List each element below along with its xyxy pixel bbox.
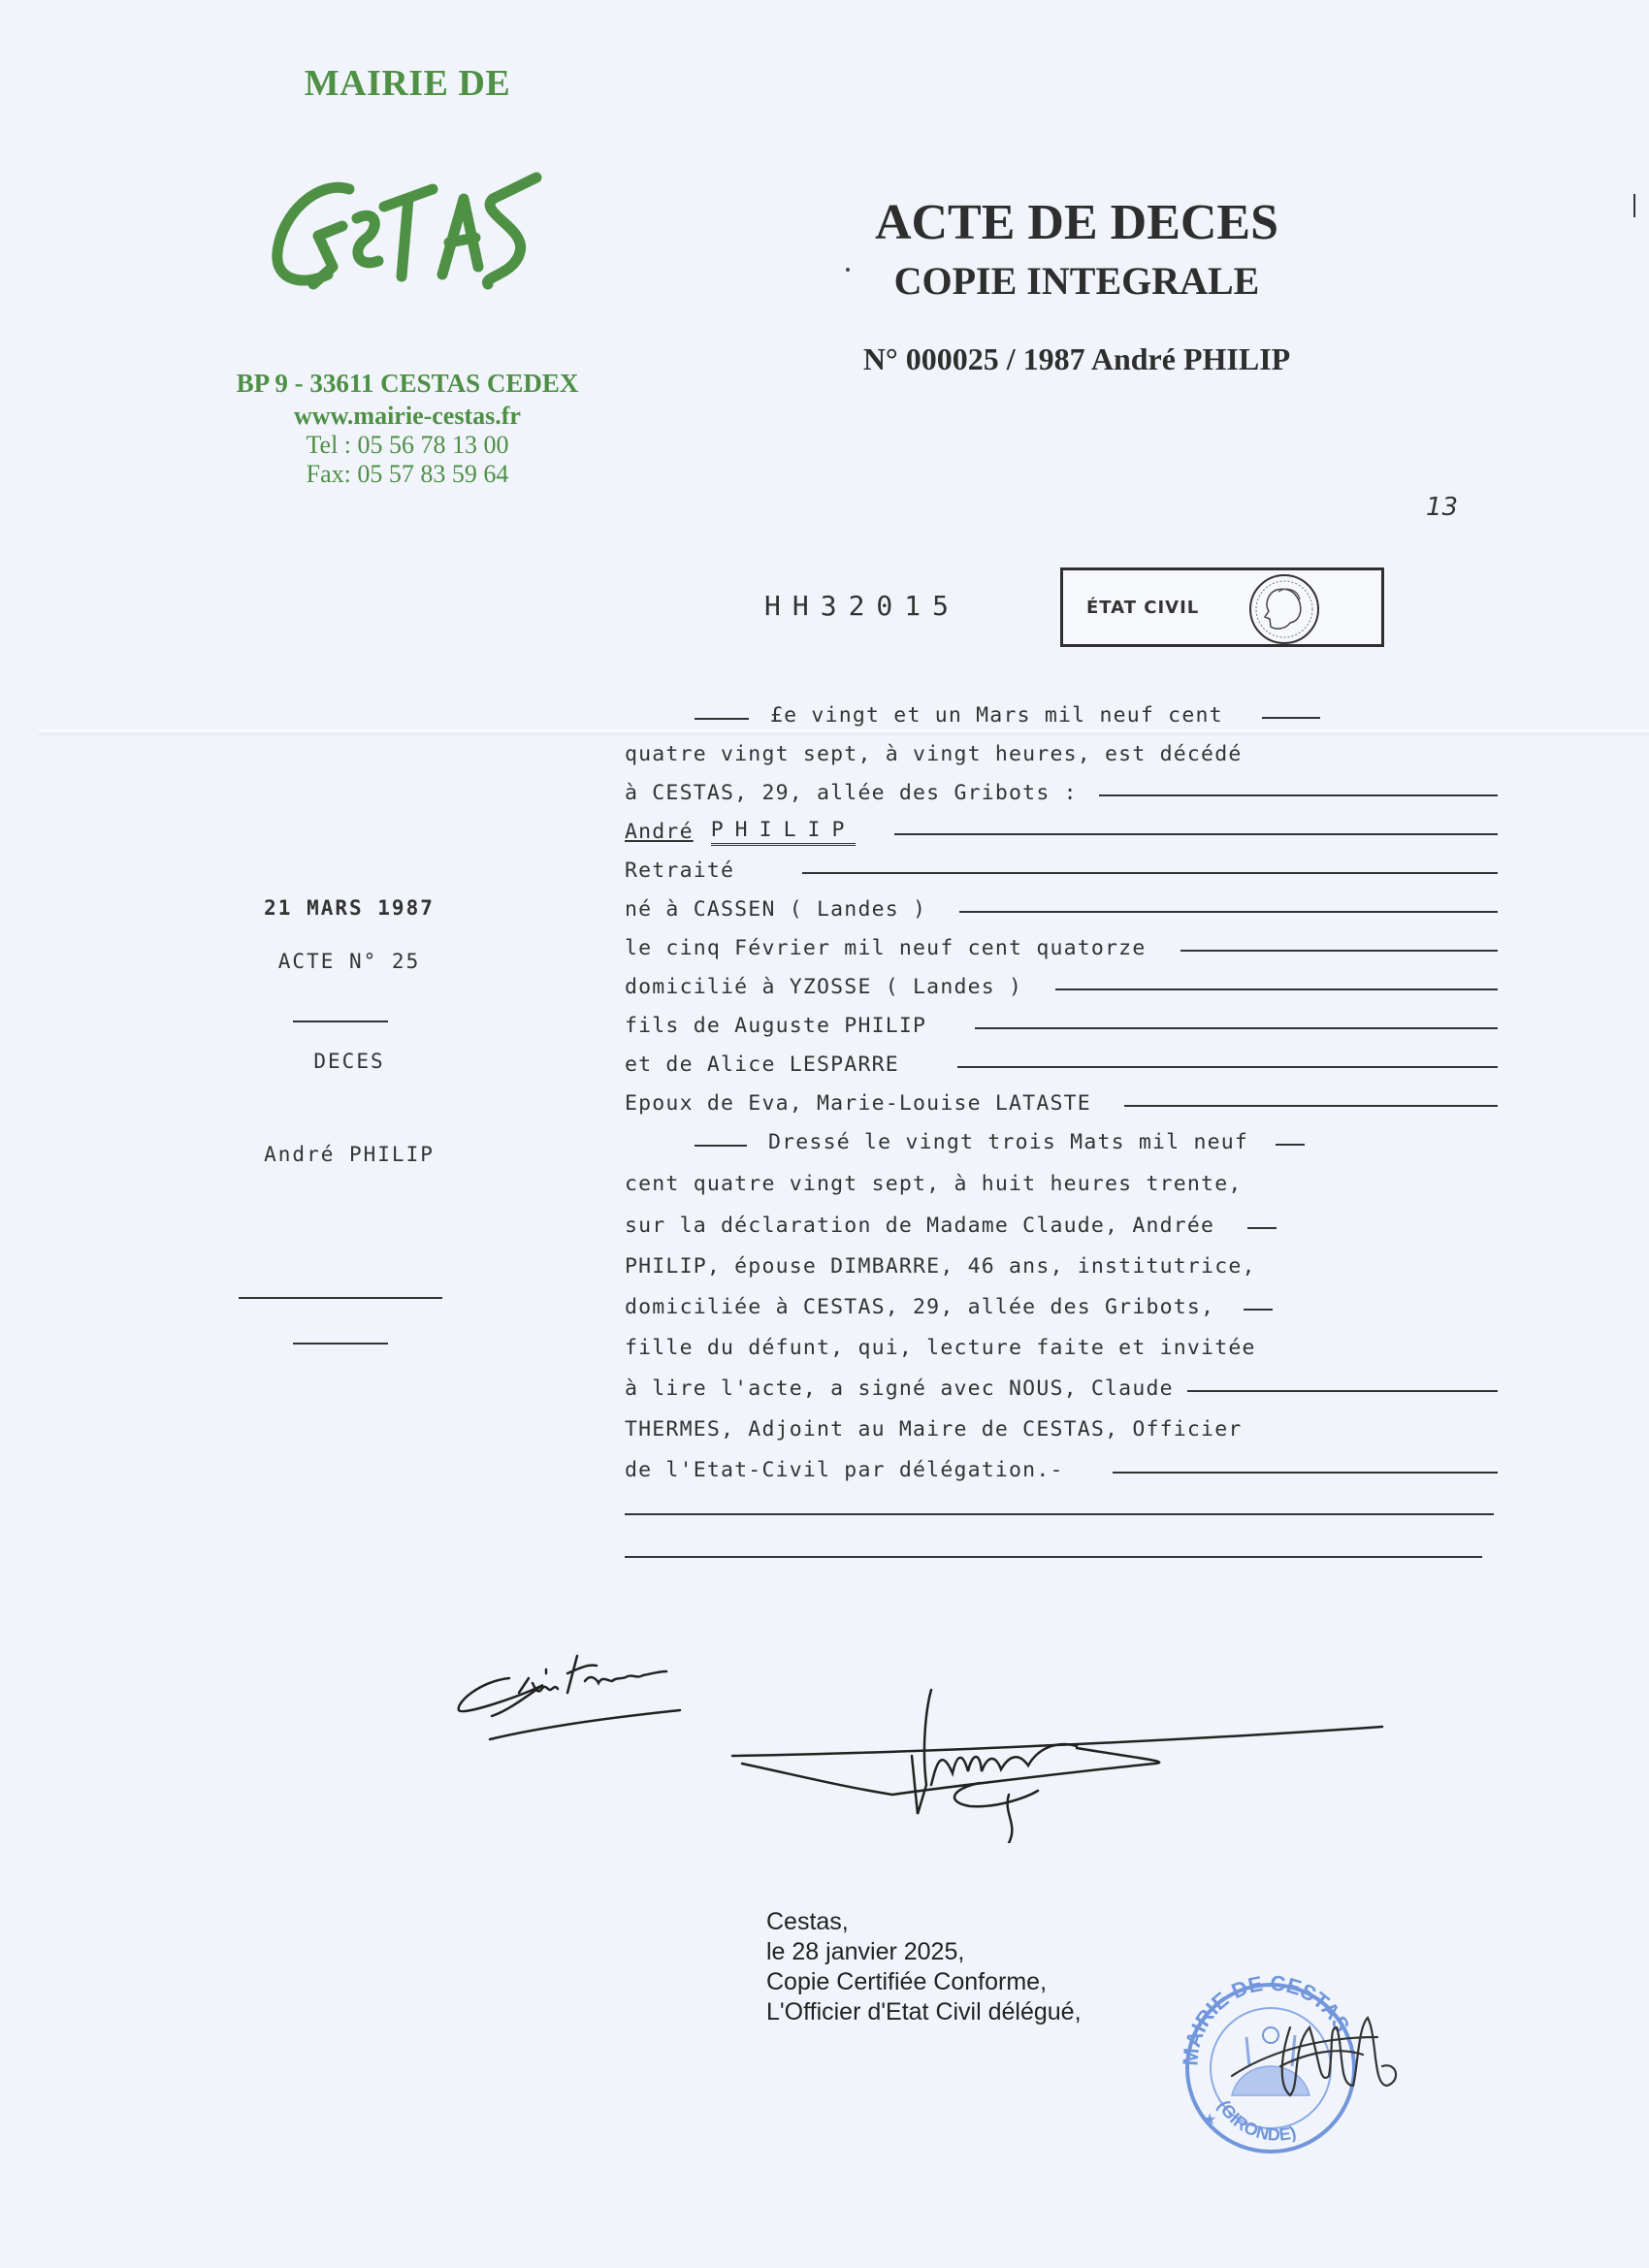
serial-number: HH32015 bbox=[764, 590, 960, 622]
body-line: £e vingt et un Mars mil neuf cent bbox=[625, 700, 1498, 729]
body-line: cent quatre vingt sept, à huit heures tr… bbox=[625, 1169, 1498, 1198]
divider bbox=[293, 1021, 388, 1022]
body-line: né à CASSEN ( Landes ) bbox=[625, 894, 1498, 923]
svg-text:★: ★ bbox=[1203, 2112, 1216, 2128]
body-line: Epoux de Eva, Marie-Louise LATASTE bbox=[625, 1088, 1498, 1118]
cert-place: Cestas, bbox=[766, 1907, 1082, 1937]
body-line: THERMES, Adjoint au Maire de CESTAS, Off… bbox=[625, 1414, 1498, 1443]
body-line: Dressé le vingt trois Mats mil neuf bbox=[625, 1127, 1498, 1156]
marianne-medallion-icon bbox=[1238, 572, 1331, 646]
document-subtitle: COPIE INTEGRALE bbox=[0, 258, 1649, 304]
certification-block: Cestas, le 28 janvier 2025, Copie Certif… bbox=[766, 1907, 1082, 2027]
margin-acte-number: ACTE N° 25 bbox=[233, 950, 466, 973]
margin-type: DECES bbox=[233, 1050, 466, 1073]
declarant-signature-icon bbox=[451, 1635, 761, 1741]
officer-signature-icon bbox=[727, 1688, 1387, 1843]
body-line: et de Alice LESPARRE bbox=[625, 1050, 1498, 1079]
body-line: de l'Etat-Civil par délégation.- bbox=[625, 1455, 1498, 1484]
body-line: à lire l'acte, a signé avec NOUS, Claude bbox=[625, 1374, 1498, 1403]
cert-date: le 28 janvier 2025, bbox=[766, 1937, 1082, 1967]
issuer-heading: MAIRIE DE bbox=[0, 62, 815, 105]
body-line: domicilié à YZOSSE ( Landes ) bbox=[625, 972, 1498, 1001]
margin-name: André PHILIP bbox=[233, 1143, 466, 1166]
cert-statement: Copie Certifiée Conforme, bbox=[766, 1967, 1082, 1997]
page-mark: 13 bbox=[1426, 493, 1458, 522]
margin-date: 21 MARS 1987 bbox=[233, 896, 466, 920]
closing-rule bbox=[625, 1556, 1482, 1558]
deceased-name-line: André PHILIP bbox=[625, 817, 1498, 846]
body-line: domiciliée à CESTAS, 29, allée des Gribo… bbox=[625, 1292, 1498, 1321]
body-line: Retraité bbox=[625, 856, 1498, 885]
closing-rule bbox=[625, 1513, 1494, 1515]
edge-mark bbox=[1633, 194, 1635, 217]
document-title: ACTE DE DECES bbox=[0, 194, 1649, 251]
body-line: sur la déclaration de Madame Claude, And… bbox=[625, 1211, 1498, 1240]
document-number: N° 000025 / 1987 André PHILIP bbox=[0, 341, 1649, 377]
stamp-label: ÉTAT CIVIL bbox=[1086, 598, 1199, 618]
body-line: PHILIP, épouse DIMBARRE, 46 ans, institu… bbox=[625, 1251, 1498, 1280]
divider bbox=[239, 1297, 442, 1299]
website-link[interactable]: www.mairie-cestas.fr bbox=[0, 402, 815, 431]
body-line: à CESTAS, 29, allée des Gribots : bbox=[625, 778, 1498, 807]
body-line: fille du défunt, qui, lecture faite et i… bbox=[625, 1333, 1498, 1362]
paper-fold bbox=[39, 729, 1649, 735]
etat-civil-stamp: ÉTAT CIVIL bbox=[1060, 567, 1384, 647]
divider bbox=[293, 1343, 388, 1345]
fax: Fax: 05 57 83 59 64 bbox=[0, 460, 815, 489]
body-line: quatre vingt sept, à vingt heures, est d… bbox=[625, 739, 1498, 768]
telephone: Tel : 05 56 78 13 00 bbox=[0, 431, 815, 460]
mairie-seal-icon: MAIRIE DE CESTAS (GIRONDE) ★ bbox=[1174, 1960, 1416, 2163]
body-line: le cinq Février mil neuf cent quatorze bbox=[625, 933, 1498, 962]
body-line: fils de Auguste PHILIP bbox=[625, 1011, 1498, 1040]
cert-officer: L'Officier d'Etat Civil délégué, bbox=[766, 1997, 1082, 2027]
